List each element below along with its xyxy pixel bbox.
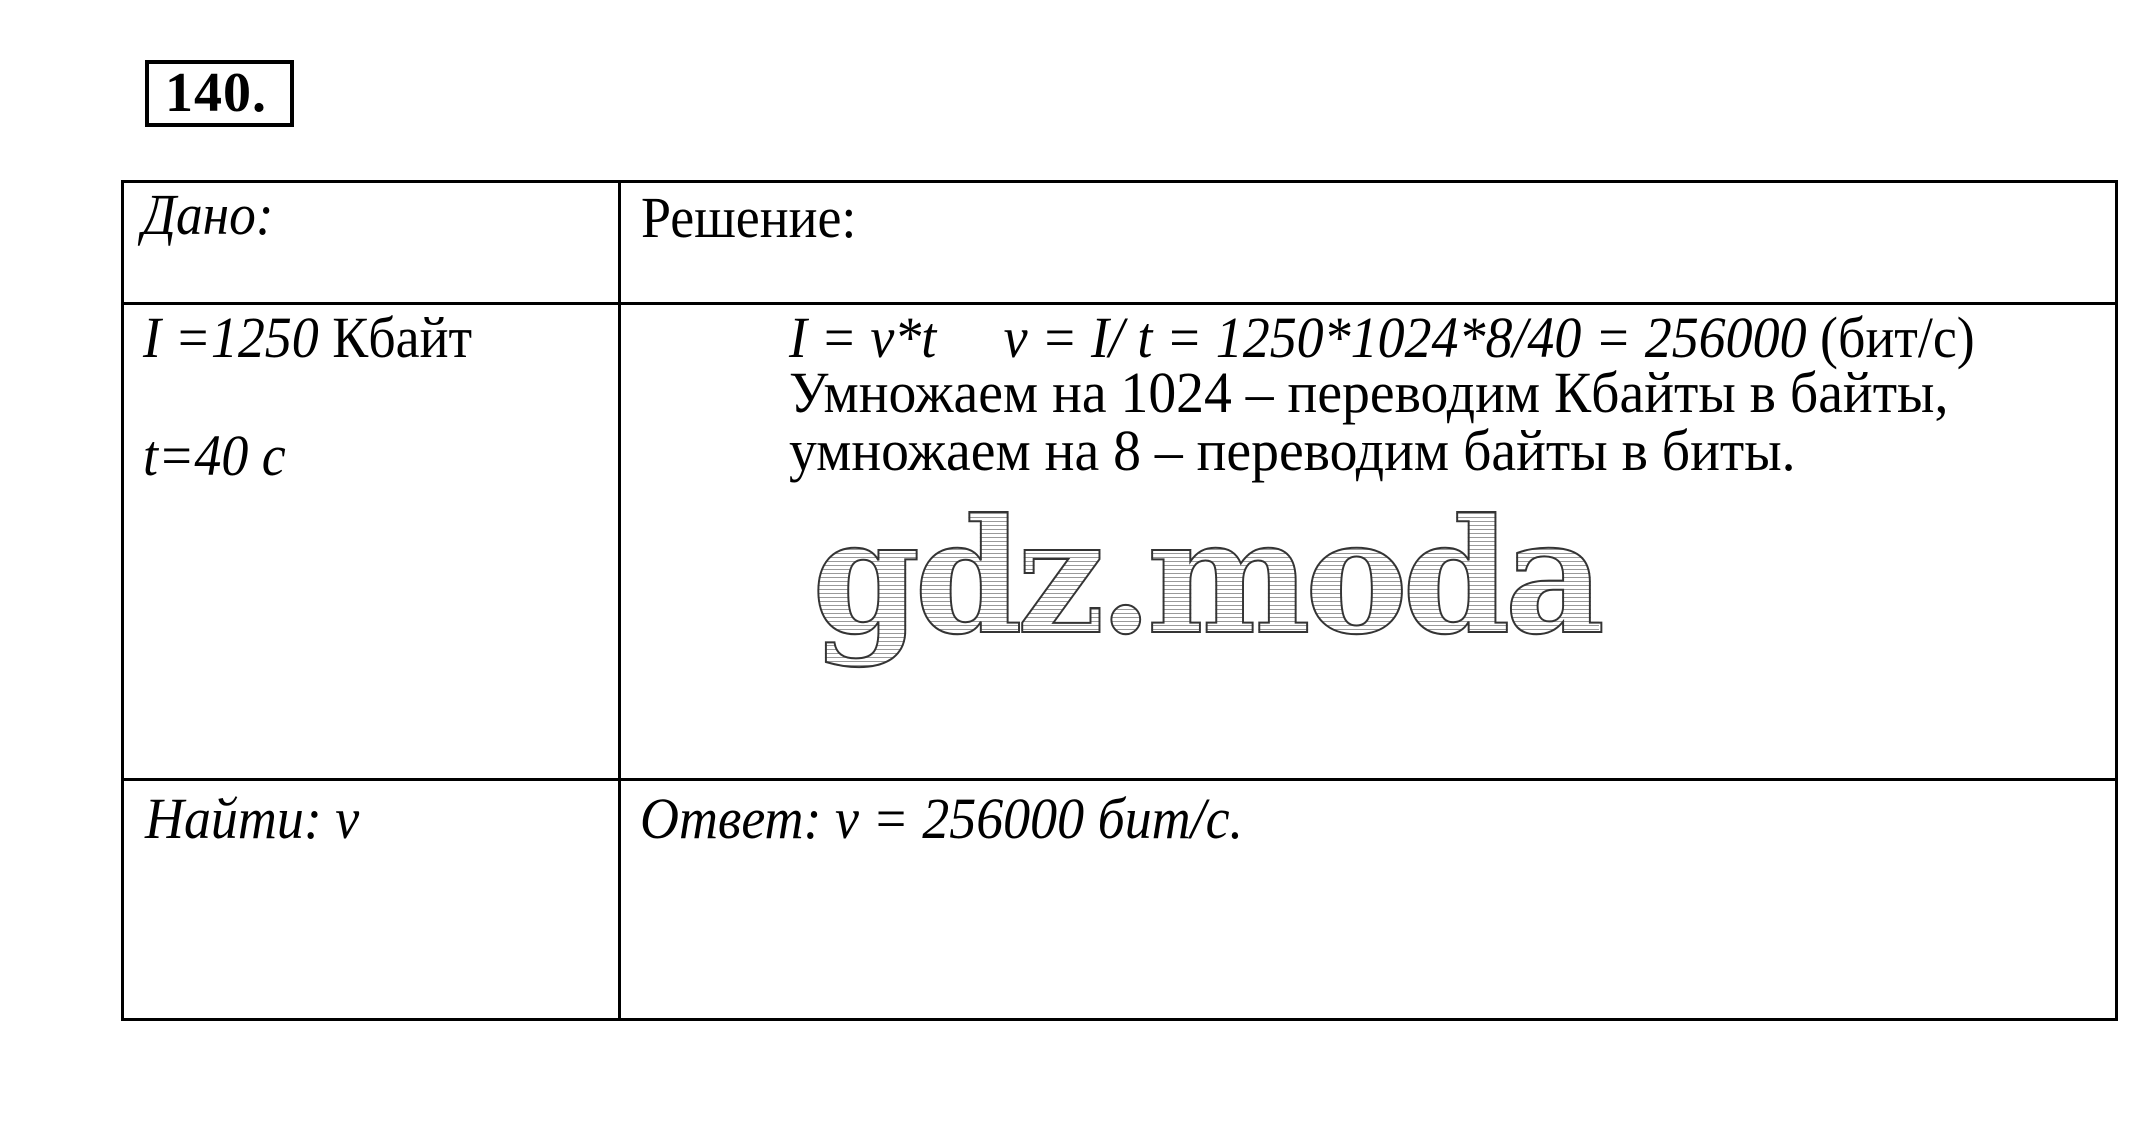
- text-run: Найти: v: [145, 786, 359, 851]
- table-border-left: [121, 180, 124, 1021]
- answer: Ответ: v = 256000 бит/с.: [640, 790, 1243, 848]
- text-run: Ответ: v = 256000 бит/с.: [640, 786, 1243, 851]
- given-time: t=40 с: [143, 427, 286, 485]
- table-column-divider: [618, 180, 621, 1021]
- exercise-number: 140.: [165, 60, 267, 126]
- solution-explanation-line2: умножаем на 8 – переводим байты в биты.: [789, 422, 1796, 480]
- exercise-number-box: 140.: [145, 60, 294, 127]
- find-label: Найти: v: [145, 790, 359, 848]
- watermark: gdz.moda: [812, 478, 1599, 678]
- table-divider-answer: [121, 778, 2118, 781]
- table-border-right: [2115, 180, 2118, 1021]
- given-header: Дано:: [142, 186, 274, 244]
- solution-formula: I = v*t v = I/ t = 1250*1024*8/40 = 2560…: [789, 309, 1975, 367]
- text-run: Кбайт: [332, 305, 472, 370]
- table-border-top: [121, 180, 2118, 183]
- text-run: t=40 с: [143, 423, 286, 488]
- solution-explanation-line1: Умножаем на 1024 – переводим Кбайты в ба…: [789, 364, 1948, 422]
- table-border-bottom: [121, 1018, 2118, 1021]
- given-information-size: I =1250 Кбайт: [143, 309, 472, 367]
- solution-header: Решение:: [641, 189, 856, 247]
- text-run: I =1250: [143, 305, 332, 370]
